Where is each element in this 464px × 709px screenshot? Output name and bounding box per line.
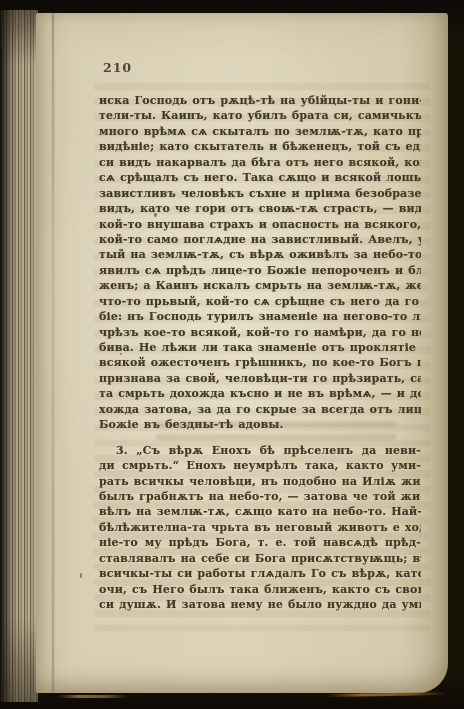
page-crease bbox=[52, 13, 54, 693]
text-line: видѣніе; като скытатель и бѣженецъ, той … bbox=[99, 139, 421, 154]
paragraph: иска Господь отъ рѫцѣ-тѣ на убійцы-ты и … bbox=[99, 93, 421, 433]
paper-speck bbox=[120, 353, 122, 355]
text-line: кой-то само поглѧдне на завистливый. Аве… bbox=[99, 232, 421, 247]
text-line: много врѣмѧ сѧ скыталъ по землѭ-тѫ, като… bbox=[99, 124, 421, 139]
book-page: 210 иска Господь отъ рѫцѣ-тѣ на убійцы-т… bbox=[36, 13, 448, 693]
text-line: всякой ожесточенъ грѣшникъ, по кое-то Бо… bbox=[99, 355, 421, 370]
text-line: та смрьть дохожда късно и не въ врѣмѧ, —… bbox=[99, 386, 421, 401]
book-page-edges-left bbox=[0, 10, 38, 702]
text-line: бива. Не лѣжи ли така знаменіе отъ прокл… bbox=[99, 340, 421, 355]
text-line: видъ, като че гори отъ своѭ-тѫ страсть, … bbox=[99, 201, 421, 216]
paper-speck bbox=[80, 573, 82, 578]
page-edges-shading bbox=[0, 10, 38, 702]
text-line: вѣлъ на землѭ-тѫ, сѫщо като на небо-то. … bbox=[99, 504, 421, 519]
text-line: сѧ срѣщалъ съ него. Така сѫщо и всякой л… bbox=[99, 170, 421, 185]
text-line: 3. „Съ вѣрѫ Енохъ бѣ прѣселенъ да неви- bbox=[99, 443, 421, 458]
page-text: иска Господь отъ рѫцѣ-тѣ на убійцы-ты и … bbox=[99, 93, 421, 612]
text-line: біе: нъ Господь турилъ знаменіе на негов… bbox=[99, 309, 421, 324]
text-line: Божіе въ бездны-тѣ адовы. bbox=[99, 417, 421, 432]
text-line: что-то прьвый, кой-то сѧ срѣщне съ него … bbox=[99, 294, 421, 309]
text-line: женъ; а Каинъ искалъ смрьть на землѭ-тѫ,… bbox=[99, 278, 421, 293]
text-line: тый на землѭ-тѫ, съ вѣрѫ оживѣлъ за небо… bbox=[99, 247, 421, 262]
text-line: ди смрьть.“ Енохъ неумрѣлъ така, както у… bbox=[99, 458, 421, 473]
book-scan: 210 иска Господь отъ рѫцѣ-тѣ на убійцы-т… bbox=[0, 0, 464, 709]
text-line: бѣлѣжителна-та чрьта въ неговый животъ е… bbox=[99, 520, 421, 535]
text-line: си душѫ. И затова нему не было нуждно да… bbox=[99, 597, 421, 612]
text-line: завистливъ человѣкъ съхне и пріима безоб… bbox=[99, 186, 421, 201]
text-line: рать всичкы человѣци, нъ подобно на Иліѫ… bbox=[99, 474, 421, 489]
text-line: всичкы-ты си работы глѧдалъ Го съ вѣрѫ, … bbox=[99, 566, 421, 581]
text-line: хожда затова, за да го скрые за всегда о… bbox=[99, 402, 421, 417]
text-line: признава за свой, человѣци-ти го прѣзира… bbox=[99, 371, 421, 386]
text-line: иска Господь отъ рѫцѣ-тѣ на убійцы-ты и … bbox=[99, 93, 421, 108]
text-line: ніе-то му прѣдъ Бога, т. е. той навсѧдѣ … bbox=[99, 535, 421, 550]
text-line: очи, съ Него былъ така ближенъ, както съ… bbox=[99, 582, 421, 597]
text-line: си видъ накарвалъ да бѣга отъ него всяко… bbox=[99, 155, 421, 170]
text-line: тели-ты. Каинъ, като убилъ брата си, сам… bbox=[99, 108, 421, 123]
page-number: 210 bbox=[103, 60, 132, 75]
paragraph: 3. „Съ вѣрѫ Енохъ бѣ прѣселенъ да неви-д… bbox=[99, 443, 421, 613]
text-line: кой-то внушава страхъ и опасность на вся… bbox=[99, 217, 421, 232]
text-line: ставлявалъ на себе си Бога присѫтствуѭщь… bbox=[99, 551, 421, 566]
text-line: явилъ сѧ прѣдъ лице-то Божіе непороченъ … bbox=[99, 263, 421, 278]
cover-glint bbox=[58, 695, 128, 698]
text-line: чрѣзъ кое-то всякой, кой-то го намѣри, д… bbox=[99, 325, 421, 340]
text-line: былъ грабнѫтъ на небо-то, — затова че то… bbox=[99, 489, 421, 504]
paper-speck bbox=[154, 213, 157, 217]
